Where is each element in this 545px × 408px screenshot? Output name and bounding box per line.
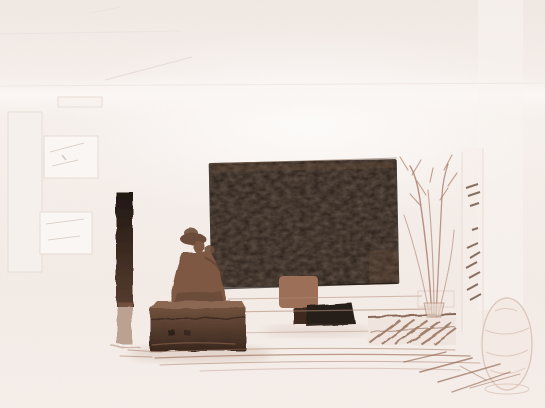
paper-grain-overlay	[0, 0, 545, 408]
sketch-photo-living-room	[0, 0, 545, 408]
scene-canvas	[0, 0, 545, 408]
